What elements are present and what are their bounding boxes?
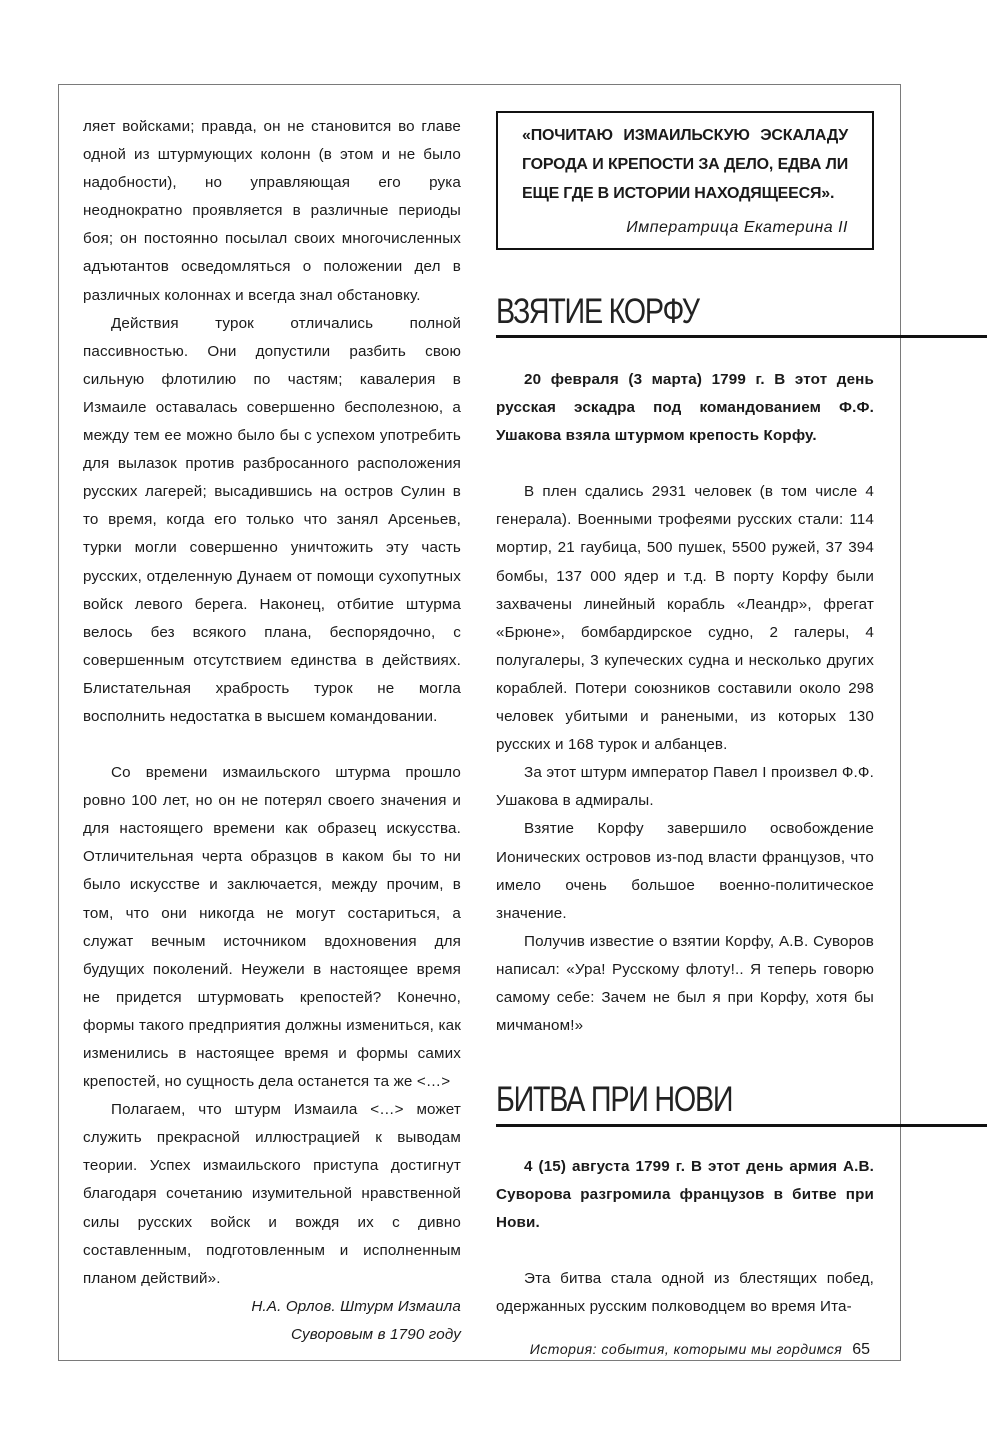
- section-rule-novi: [496, 1124, 987, 1127]
- page-footer: История: события, которыми мы гордимся65: [490, 1340, 870, 1359]
- paragraph: Со времени измаильского штурма прошло ро…: [83, 759, 461, 1096]
- section-lead-corfu: 20 февраля (3 марта) 1799 г. В этот день…: [496, 366, 874, 450]
- paragraph: Получив известие о взятии Корфу, А.В. Су…: [496, 928, 874, 1040]
- section-rule-corfu: [496, 335, 987, 338]
- section-title-corfu: ВЗЯТИЕ КОРФУ: [496, 292, 699, 332]
- section-lead-novi: 4 (15) августа 1799 г. В этот день армия…: [496, 1153, 874, 1237]
- source-citation-line2: Суворовым в 1790 году: [83, 1321, 461, 1349]
- paragraph: Полагаем, что штурм Измаила <…> может сл…: [83, 1096, 461, 1293]
- source-citation-line1: Н.А. Орлов. Штурм Измаила: [83, 1293, 461, 1321]
- quote-text: «Почитаю измаильскую эскаладу города и к…: [522, 121, 848, 208]
- paragraph: В плен сдались 2931 человек (в том числе…: [496, 478, 874, 759]
- section-body-corfu: 20 февраля (3 марта) 1799 г. В этот день…: [496, 366, 874, 1040]
- paragraph: За этот штурм император Павел I произвел…: [496, 759, 874, 815]
- paragraph: ляет войсками; правда, он не становится …: [83, 113, 461, 310]
- epigraph-quote-box: «Почитаю измаильскую эскаладу города и к…: [496, 111, 874, 250]
- running-title: История: события, которыми мы гордимся: [530, 1341, 842, 1357]
- section-title-novi: БИТВА ПРИ НОВИ: [496, 1080, 732, 1120]
- paragraph: Взятие Корфу завершило освобождение Иони…: [496, 815, 874, 927]
- paragraph: Действия турок отличались полной пассивн…: [83, 310, 461, 731]
- page-number: 65: [852, 1341, 870, 1358]
- left-column: ляет войсками; правда, он не становится …: [83, 113, 461, 1349]
- paragraph: Эта битва стала одной из блестящих побед…: [496, 1265, 874, 1321]
- section-body-novi: 4 (15) августа 1799 г. В этот день армия…: [496, 1153, 874, 1321]
- quote-author: Императрица Екатерина II: [522, 214, 848, 242]
